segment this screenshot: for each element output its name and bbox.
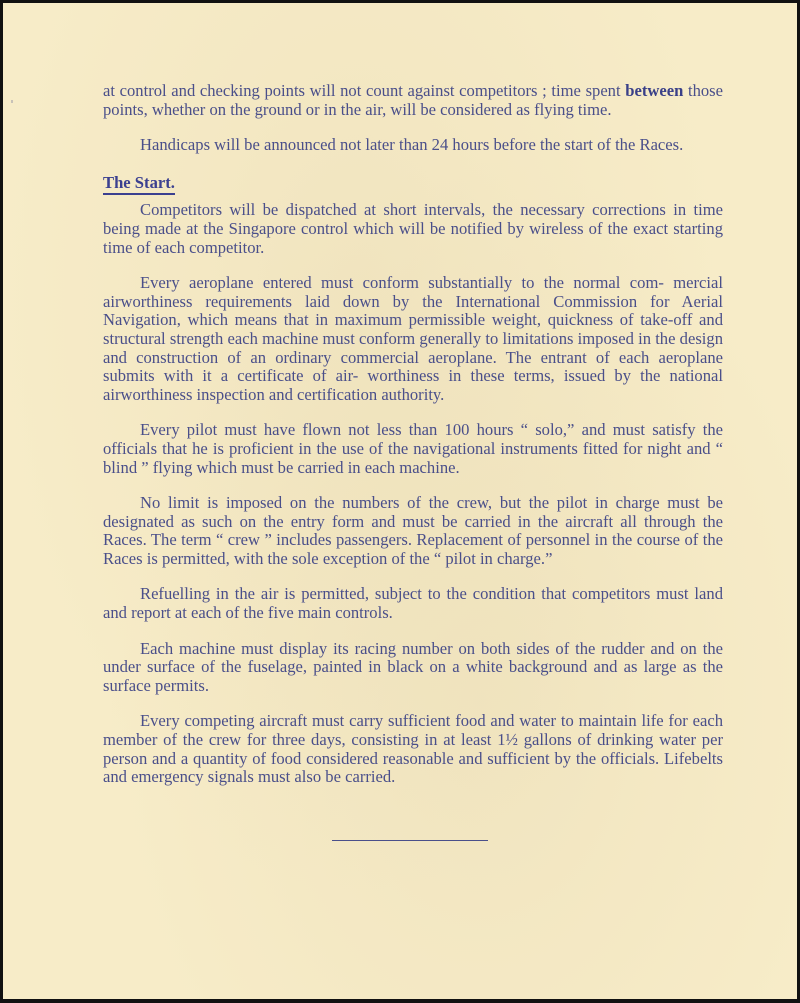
- intro-paragraph: at control and checking points will not …: [103, 82, 723, 119]
- section-heading: The Start.: [103, 174, 175, 196]
- paragraph-food-water: Every competing aircraft must carry suff…: [103, 712, 723, 786]
- paragraph-airworthiness: Every aeroplane entered must conform sub…: [103, 274, 723, 404]
- section-heading-wrap: The Start.: [103, 172, 723, 198]
- paragraph-crew: No limit is imposed on the numbers of th…: [103, 494, 723, 568]
- closing-rule-divider: [332, 840, 488, 841]
- paragraph-dispatch: Competitors will be dispatched at short …: [103, 201, 723, 257]
- paragraph-refuelling: Refuelling in the air is permitted, subj…: [103, 585, 723, 622]
- handicaps-paragraph: Handicaps will be announced not later th…: [103, 136, 723, 155]
- document-body: at control and checking points will not …: [103, 82, 723, 804]
- paragraph-racing-number: Each machine must display its racing num…: [103, 640, 723, 696]
- paragraph-pilot-hours: Every pilot must have flown not less tha…: [103, 421, 723, 477]
- paper-speck: [11, 100, 13, 103]
- intro-text-start: at control and checking points will not …: [103, 81, 625, 100]
- document-page: at control and checking points will not …: [3, 3, 797, 999]
- emphasis-between: between: [625, 81, 683, 100]
